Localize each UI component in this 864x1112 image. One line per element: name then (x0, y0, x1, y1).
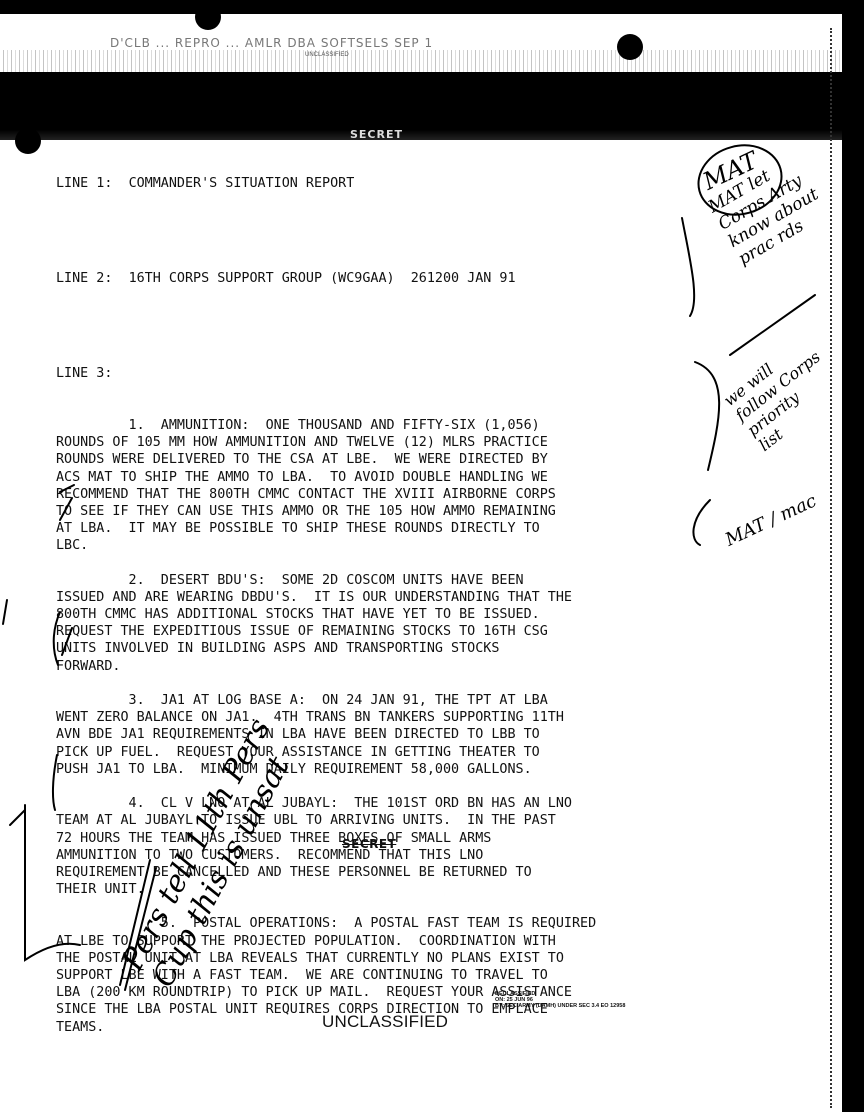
line3-label: LINE 3: (56, 366, 112, 381)
header-unclassified-stamp: UNCLASSIFIED (305, 52, 349, 58)
paragraph-line: LBC. (56, 537, 716, 554)
header-stamp: D'CLB ... REPRO ... AMLR DBA SOFTSELS SE… (110, 36, 433, 50)
paragraph-line: ACS MAT TO SHIP THE AMMO TO LBA. TO AVOI… (56, 469, 716, 486)
paragraph-line: AVN BDE JA1 REQUIREMENTS IN LBA HAVE BEE… (56, 726, 716, 743)
paragraph-line: ROUNDS WERE DELIVERED TO THE CSA AT LBE.… (56, 451, 716, 468)
spacer (56, 675, 716, 692)
paragraph-line: REQUEST THE EXPEDITIOUS ISSUE OF REMAINI… (56, 623, 716, 640)
paragraph-2: 2. DESERT BDU'S: SOME 2D COSCOM UNITS HA… (56, 572, 716, 675)
spacer (56, 555, 716, 572)
handwritten-note-2: we will follow Corps priority list (720, 332, 847, 455)
classification-top: SECRET (350, 128, 403, 141)
scan-top-border (0, 0, 864, 14)
paragraph-line: FORWARD. (56, 658, 716, 675)
paragraph-line: ISSUED AND ARE WEARING DBDU'S. IT IS OUR… (56, 589, 716, 606)
header-band: D'CLB ... REPRO ... AMLR DBA SOFTSELS SE… (0, 14, 842, 134)
spacer (56, 322, 716, 331)
report-line-3: LINE 3: (56, 365, 716, 382)
page-edge (830, 28, 834, 1108)
paragraph-line: TEAM AT AL JUBAYL TO ISSUE UBL TO ARRIVI… (56, 812, 716, 829)
report-line-2: LINE 2: 16TH CORPS SUPPORT GROUP (WC9GAA… (56, 270, 716, 287)
paragraph-line: PUSH JA1 TO LBA. MINIMUM DAILY REQUIREME… (56, 761, 716, 778)
paragraph-line: PICK UP FUEL. REQUEST YOUR ASSISTANCE IN… (56, 744, 716, 761)
paragraph-line: REQUIREMENT BE CANCELLED AND THESE PERSO… (56, 864, 716, 881)
scan-right-border (842, 14, 864, 1112)
paragraph-line: TO SEE IF THEY CAN USE THIS AMMO OR THE … (56, 503, 716, 520)
handwritten-note-3: MAT / mac (722, 490, 820, 550)
line1-label: LINE 1: (56, 176, 112, 191)
paragraph-line: ROUNDS OF 105 MM HOW AMMUNITION AND TWEL… (56, 434, 716, 451)
paragraph-line: WENT ZERO BALANCE ON JA1. 4TH TRANS BN T… (56, 709, 716, 726)
classification-bottom: SECRET (342, 837, 396, 851)
line1-value: COMMANDER'S SITUATION REPORT (129, 176, 355, 191)
paragraph-line: RECOMMEND THAT THE 800TH CMMC CONTACT TH… (56, 486, 716, 503)
line2-value: 16TH CORPS SUPPORT GROUP (WC9GAA) 261200… (129, 271, 516, 286)
redaction-band (0, 72, 842, 140)
spacer (56, 227, 716, 236)
scanned-document-page: D'CLB ... REPRO ... AMLR DBA SOFTSELS SE… (0, 0, 864, 1112)
paragraph-line: 1. AMMUNITION: ONE THOUSAND AND FIFTY-SI… (56, 417, 716, 434)
scan-noise (0, 50, 842, 74)
paragraph-line: 4. CL V LNO AT AL JUBAYL: THE 101ST ORD … (56, 795, 716, 812)
declassification-stamp: DECLASSIFIED ON: 25 JUN 96 BY: SEC ARMY … (495, 991, 625, 1009)
spacer (56, 778, 716, 795)
paragraph-line: UNITS INVOLVED IN BUILDING ASPS AND TRAN… (56, 640, 716, 657)
paragraph-3: 3. JA1 AT LOG BASE A: ON 24 JAN 91, THE … (56, 692, 716, 778)
punch-hole-icon (195, 4, 221, 30)
punch-hole-icon (15, 128, 41, 154)
paragraph-line: AT LBA. IT MAY BE POSSIBLE TO SHIP THESE… (56, 520, 716, 537)
report-line-1: LINE 1: COMMANDER'S SITUATION REPORT (56, 175, 716, 192)
paragraph-line: 3. JA1 AT LOG BASE A: ON 24 JAN 91, THE … (56, 692, 716, 709)
paragraph-line: 2. DESERT BDU'S: SOME 2D COSCOM UNITS HA… (56, 572, 716, 589)
unclassified-marking: UNCLASSIFIED (322, 1012, 448, 1032)
declass-line: BY: SEC ARMY (DAMH) UNDER SEC 3.4 EO 129… (495, 1003, 625, 1009)
punch-hole-icon (617, 34, 643, 60)
paragraph-1: 1. AMMUNITION: ONE THOUSAND AND FIFTY-SI… (56, 417, 716, 555)
paragraph-line: 800TH CMMC HAS ADDITIONAL STOCKS THAT HA… (56, 606, 716, 623)
line2-label: LINE 2: (56, 271, 112, 286)
